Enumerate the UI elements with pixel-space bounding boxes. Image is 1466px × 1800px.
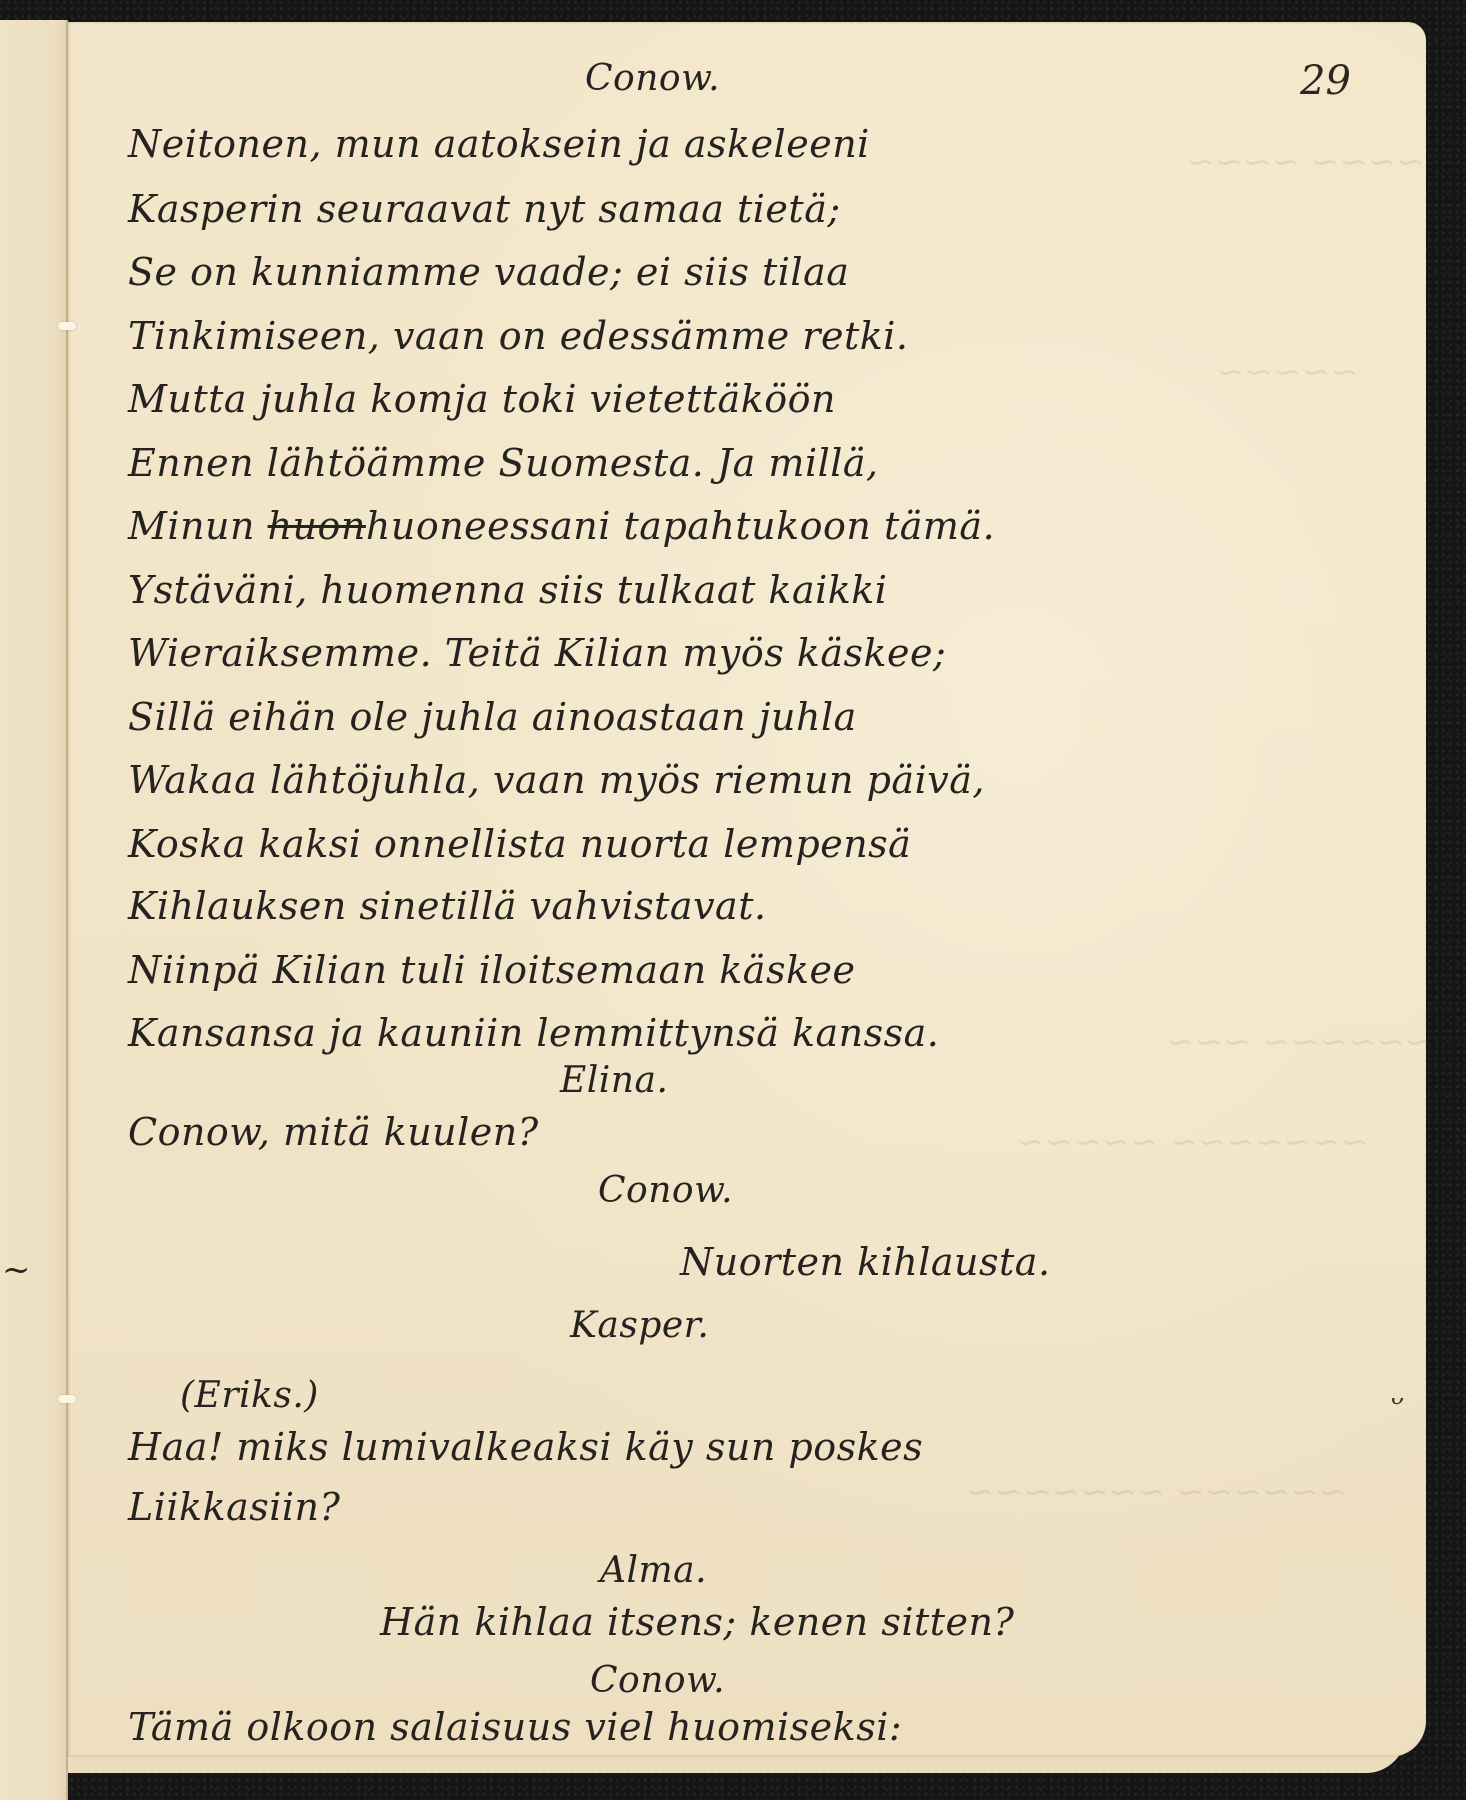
verse-text: Minun bbox=[128, 504, 268, 548]
verse-line: Kihlauksen sinetillä vahvistavat. bbox=[128, 884, 767, 928]
struck-out-word: huon bbox=[268, 504, 366, 548]
bleed-through-text: ~~~~~~ ~~~ bbox=[1166, 1022, 1433, 1062]
verse-line: Conow, mitä kuulen? bbox=[128, 1110, 539, 1154]
stage-direction: (Eriks.) bbox=[180, 1375, 319, 1416]
speaker-name: Alma. bbox=[600, 1550, 707, 1591]
speaker-name: Conow. bbox=[585, 58, 720, 99]
bleed-through-text: ~~~~~~~ ~~~~~ bbox=[1016, 1122, 1369, 1162]
margin-mark: ᴗ bbox=[1390, 1385, 1403, 1410]
verse-line: Hän kihlaa itsens; kenen sitten? bbox=[380, 1600, 1014, 1644]
speaker-name: Kasper. bbox=[570, 1305, 709, 1346]
verse-line: Nuorten kihlausta. bbox=[680, 1240, 1051, 1284]
verse-line: Tämä olkoon salaisuus viel huomiseksi: bbox=[128, 1705, 902, 1749]
speaker-name: Elina. bbox=[560, 1060, 668, 1101]
verse-line: Sillä eihän ole juhla ainoastaan juhla bbox=[128, 695, 857, 739]
verse-line: Neitonen, mun aatoksein ja askeleeni bbox=[128, 122, 870, 166]
speaker-name: Conow. bbox=[590, 1660, 725, 1701]
bleed-through-text: ~~~~~ bbox=[1216, 352, 1358, 392]
verse-line: Tinkimiseen, vaan on edessämme retki. bbox=[128, 314, 909, 358]
verse-line: Liikkasiin? bbox=[128, 1485, 340, 1529]
verse-line: Wakaa lähtöjuhla, vaan myös riemun päivä… bbox=[128, 758, 985, 802]
book-spine-fold bbox=[66, 20, 68, 1800]
page-number: 29 bbox=[1300, 58, 1351, 104]
verse-line: Haa! miks lumivalkeaksi käy sun poskes bbox=[128, 1425, 923, 1469]
facing-page-fragment: ~ bbox=[2, 1250, 31, 1290]
speaker-name: Conow. bbox=[598, 1170, 733, 1211]
verse-line: Mutta juhla komja toki vietettäköön bbox=[128, 377, 836, 421]
verse-line: Kansansa ja kauniin lemmittynsä kanssa. bbox=[128, 1011, 939, 1055]
bleed-through-text: ~~~~ ~~~~ bbox=[1186, 142, 1425, 182]
verse-line: Ystäväni, huomenna siis tulkaat kaikki bbox=[128, 568, 887, 612]
verse-line: Niinpä Kilian tuli iloitsemaan käskee bbox=[128, 948, 855, 992]
verse-text: huoneessani tapahtukoon tämä. bbox=[366, 504, 995, 548]
verse-line: Koska kaksi onnellista nuorta lempensä bbox=[128, 822, 911, 866]
binding-stitch bbox=[58, 1395, 76, 1403]
verse-line: Wieraiksemme. Teitä Kilian myös käskee; bbox=[128, 631, 946, 675]
verse-line: Kasperin seuraavat nyt samaa tietä; bbox=[128, 187, 841, 231]
facing-page-edge: ~ bbox=[0, 20, 68, 1800]
verse-line: Se on kunniamme vaade; ei siis tilaa bbox=[128, 250, 849, 294]
binding-stitch bbox=[58, 322, 76, 330]
bleed-through-text: ~~~~~~ ~~~~~~~ bbox=[966, 1472, 1347, 1512]
verse-line: Ennen lähtöämme Suomesta. Ja millä, bbox=[128, 441, 879, 485]
verse-line-with-correction: Minun huonhuoneessani tapahtukoon tämä. bbox=[128, 504, 995, 548]
